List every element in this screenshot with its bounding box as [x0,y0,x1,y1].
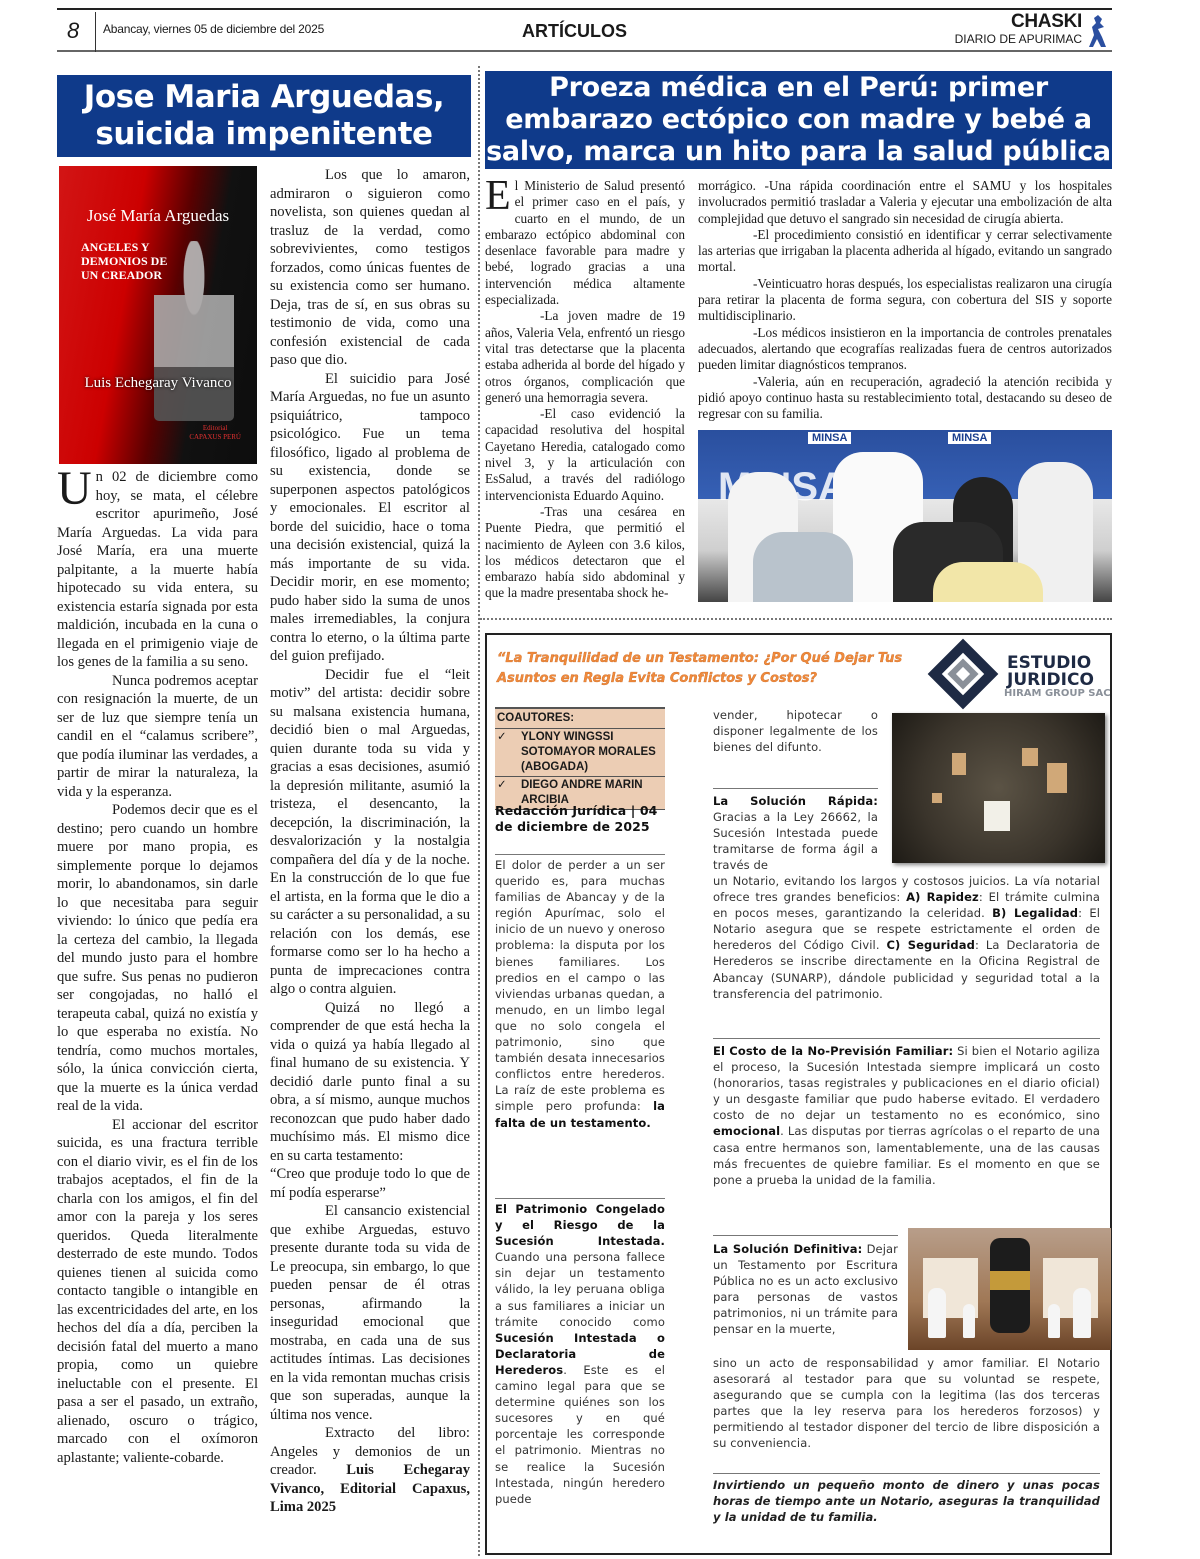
law-firm-logo: ESTUDIOJURIDICO HIRAM GROUP SAC [932,645,1112,705]
article1-credit: Extracto del libro: Angeles y demonios d… [270,1424,470,1517]
wood-piece [932,793,942,803]
page-header: 8 Abancay, viernes 05 de diciembre del 2… [57,8,1112,52]
article1-quote: “Creo que produje todo lo que de mí podí… [270,1165,470,1202]
paragraph-text: l Ministerio de Salud presentó el primer… [485,178,685,307]
book-author: Luis Echegaray Vivanco [59,375,257,392]
article1-paragraph: Un 02 de diciembre como hoy, se mata, el… [57,468,258,672]
section-divider [480,618,1112,620]
dropcap: E [485,180,511,213]
issue-date: Abancay, viernes 05 de diciembre del 202… [103,22,324,36]
article1-column-1: Un 02 de diciembre como hoy, se mata, el… [57,468,258,1467]
article2-column-1: El Ministerio de Salud presentó el prime… [485,178,685,602]
hands-table-image [892,713,1105,863]
book-subtitle-line: UN CREADOR [81,268,167,282]
rule-divider [713,1038,1100,1039]
section-title: ARTÍCULOS [522,21,627,42]
check-icon: ✓ [497,730,521,775]
book-title: José María Arguedas [59,206,257,226]
logo-subtext: HIRAM GROUP SAC [1004,688,1111,699]
masthead: CHASKI DIARIO DE APURIMAC [955,12,1082,45]
section-costo: El Costo de la No-Previsión Familiar: Si… [713,1043,1100,1188]
paragraph-text: Gracias a la Ley 26662, la Sucesión Inte… [713,810,878,872]
section-solucion-rapida: La Solución Rápida: Gracias a la Ley 266… [713,793,878,873]
section-heading: El Patrimonio Congelado y el Riesgo de l… [495,1202,665,1248]
paragraph-text: El dolor de perder a un ser querido es, … [495,858,665,1113]
article2-paragraph: -El caso evidenció la capacidad resoluti… [485,406,685,504]
article2-title: Proeza médica en el Perú: primer embaraz… [485,71,1112,169]
article1-title-line: Jose Maria Arguedas, [84,79,444,116]
paper-figure [963,1304,975,1338]
article2-title-line: salvo, marca un hito para la salud públi… [486,136,1111,168]
intro-paragraph: El dolor de perder a un ser querido es, … [495,857,665,1131]
brand-name: CHASKI [955,12,1082,31]
person-figure [753,532,853,602]
section-solucion-definitiva-cont: sino un acto de responsabilidad y amor f… [713,1355,1100,1452]
article2-paragraph: -Los médicos insistieron en la importanc… [698,325,1112,374]
article1-paragraph: El suicidio para José María Arguedas, no… [270,370,470,666]
article2-paragraph: -Veinticuatro horas después, los especia… [698,276,1112,325]
paper-figure [1048,1304,1060,1338]
rule-divider [713,1235,898,1236]
article1-paragraph: Quizá no llegó a comprender de que está … [270,999,470,1166]
coauthors-label: COAUTORES: [495,709,665,729]
paragraph-text: Dejar un Testamento por Escritura Públic… [713,1242,898,1336]
section-patrimonio: El Patrimonio Congelado y el Riesgo de l… [495,1201,665,1507]
logo-text: ESTUDIOJURIDICO [1007,655,1094,689]
article1-title-line: suicida impenitente [84,116,444,153]
article1-paragraph: El accionar del escritor suicida, es una… [57,1116,258,1468]
article2-column-2: morrágico. -Una rápida coordinación entr… [698,178,1112,422]
book-subtitle-line: DEMONIOS DE [81,254,167,268]
brand-subtitle: DIARIO DE APURIMAC [955,33,1082,45]
book-publisher-line: CAPAXUS PERÚ [189,433,241,442]
wood-piece [952,753,966,775]
paper-figure [928,1288,946,1338]
coauthor-name: YLONY WINGSSI SOTOMAYOR MORALES (ABOGADA… [521,730,663,775]
article2-title-line: embarazo ectópico con madre y bebé a [486,104,1111,136]
section-solucion-definitiva: La Solución Definitiva: Dejar un Testame… [713,1241,898,1338]
byline: Redacción Jurídica | 04 de diciembre de … [495,803,665,835]
open-book [984,801,1010,831]
press-conference-photo: MINSA MINSA MINSA [698,430,1112,602]
wood-piece [1047,763,1067,793]
column-divider [478,66,480,1556]
minsa-banner-label: MINSA [948,432,991,444]
wood-piece [1022,748,1038,766]
book-cover-image: José María Arguedas ANGELES Y DEMONIOS D… [59,166,257,464]
article2-paragraph: El Ministerio de Salud presentó el prime… [485,178,685,308]
coauthors-box: COAUTORES: ✓YLONY WINGSSI SOTOMAYOR MORA… [495,707,665,810]
article2-paragraph: -Valeria, aún en recuperación, agradeció… [698,374,1112,423]
rule-divider [713,788,878,789]
article2-paragraph: morrágico. -Una rápida coordinación entr… [698,178,1112,227]
book-subtitle: ANGELES Y DEMONIOS DE UN CREADOR [81,240,167,282]
section-patrimonio-cont: vender, hipotecar o disponer legalmente … [713,707,878,755]
paragraph-text: . Este es el camino legal para que se de… [495,1363,665,1506]
article2-title-line: Proeza médica en el Perú: primer [486,72,1111,104]
section-heading: La Solución Definitiva: [713,1242,862,1256]
legal-article-box: “La Tranquilidad de un Testamento: ¿Por … [485,633,1112,1555]
emphasis-text: C) Seguridad [887,938,975,952]
minsa-banner-label: MINSA [808,432,851,444]
article2-paragraph: -El procedimiento consistió en identific… [698,227,1112,276]
rule-divider [495,1198,665,1199]
rule-divider [713,1473,1100,1474]
gavel [990,1238,1030,1333]
chaski-runner-icon [1086,13,1110,49]
book-publisher: Editorial CAPAXUS PERÚ [189,424,241,442]
paper-figure [1073,1288,1091,1338]
article2-paragraph: -Tras una cesárea en Puente Piedra, que … [485,504,685,602]
article1-column-2: Los que lo amaron, admiraron o siguieron… [270,166,470,1517]
header-divider [95,12,96,52]
legal-article-title: “La Tranquilidad de un Testamento: ¿Por … [497,649,917,689]
paragraph-text: Cuando una persona fallece sin dejar un … [495,1250,665,1328]
baby-blanket [933,562,1043,602]
section-heading: El Costo de la No-Previsión Familiar: [713,1044,953,1058]
emphasis-text: A) Rapidez [906,890,979,904]
article1-paragraph: El cansancio existencial que exhibe Argu… [270,1202,470,1424]
book-publisher-line: Editorial [189,424,241,433]
article2-paragraph: -La joven madre de 19 años, Valeria Vela… [485,308,685,406]
article1-paragraph: Los que lo amaron, admiraron o siguieron… [270,166,470,370]
article1-title: Jose Maria Arguedas, suicida impenitente [57,75,471,157]
emphasis-text: emocional [713,1124,780,1138]
article1-paragraph: Nunca podremos aceptar con resignación l… [57,672,258,802]
page-number: 8 [67,18,79,44]
dropcap: U [57,470,92,508]
section-solucion-rapida-cont: un Notario, evitando los largos y costos… [713,873,1100,1002]
coauthor-item: ✓YLONY WINGSSI SOTOMAYOR MORALES (ABOGAD… [495,729,665,777]
emphasis-text: B) Legalidad [992,906,1078,920]
section-heading: La Solución Rápida: [713,794,878,808]
closing-statement: Invirtiendo un pequeño monto de dinero y… [713,1477,1100,1525]
book-subtitle-line: ANGELES Y [81,240,167,254]
rule-divider [495,854,665,855]
logo-line: JURIDICO [1007,670,1094,690]
article1-paragraph: Decidir fue el “leit motiv” del artista:… [270,666,470,999]
article1-paragraph: Podemos decir que es el destino; pero cu… [57,801,258,1116]
gavel-houses-image [908,1228,1111,1350]
